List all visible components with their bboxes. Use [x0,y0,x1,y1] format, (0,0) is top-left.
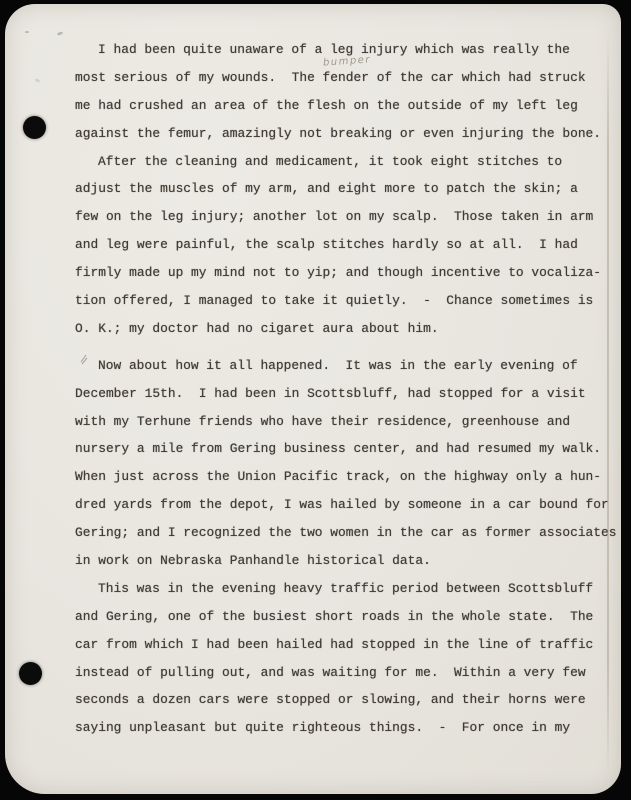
hole-punch-top [23,116,46,139]
text-line: and Gering, one of the busiest short roa… [75,603,620,631]
text-line: and leg were painful, the scalp stitches… [75,231,620,259]
text-line: with my Terhune friends who have their r… [75,408,620,436]
text-line: Now about how it all happened. It was in… [75,352,620,380]
text-line: After the cleaning and medicament, it to… [75,148,620,176]
text-line: tion offered, I managed to take it quiet… [75,287,620,315]
text-line: firmly made up my mind not to yip; and t… [75,259,620,287]
pencil-smudge [57,31,64,36]
text-line: Gering; and I recognized the two women i… [75,519,620,547]
text-line: nursery a mile from Gering business cent… [75,435,620,463]
text-line: car from which I had been hailed had sto… [75,631,620,659]
text-line: me had crushed an area of the flesh on t… [75,92,620,120]
page-edge-shadow [607,34,609,776]
text-line: against the femur, amazingly not breakin… [75,120,620,148]
text-line: in work on Nebraska Panhandle historical… [75,547,620,575]
document-page: bumper I had been quite unaware of a leg… [5,4,621,794]
text-line: This was in the evening heavy traffic pe… [75,575,620,603]
text-line: few on the leg injury; another lot on my… [75,203,620,231]
text-line: adjust the muscles of my arm, and eight … [75,175,620,203]
text-line: instead of pulling out, and was waiting … [75,659,620,687]
scan-background: bumper I had been quite unaware of a leg… [0,0,631,800]
hole-punch-bottom [19,662,42,685]
typewritten-text: I had been quite unaware of a leg injury… [75,36,620,742]
text-line: December 15th. I had been in Scottsbluff… [75,380,620,408]
pencil-smudge [25,31,29,33]
text-line: saying unpleasant but quite righteous th… [75,714,620,742]
text-line: I had been quite unaware of a leg injury… [75,36,620,64]
text-line: dred yards from the depot, I was hailed … [75,491,620,519]
text-line: most serious of my wounds. The fender of… [75,64,620,92]
pencil-smudge [35,78,41,83]
text-line: seconds a dozen cars were stopped or slo… [75,686,620,714]
text-line: O. K.; my doctor had no cigaret aura abo… [75,315,620,343]
text-line: When just across the Union Pacific track… [75,463,620,491]
